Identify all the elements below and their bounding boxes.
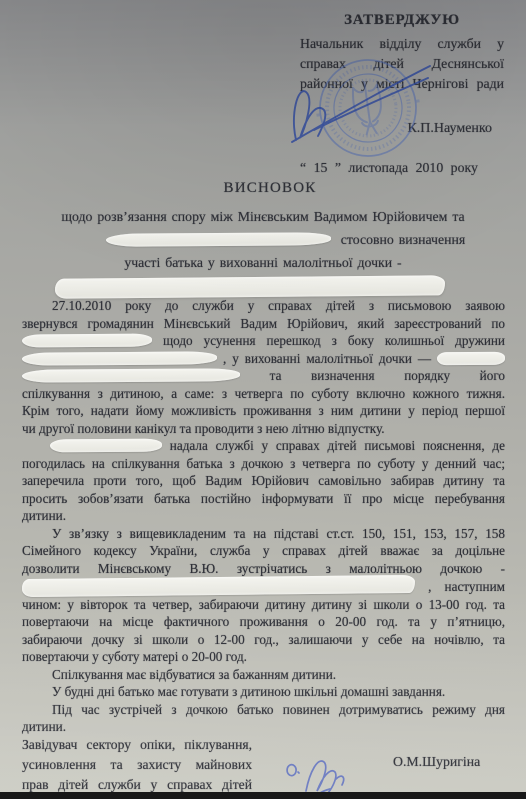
body-line: та визначення порядку його: [22, 367, 505, 385]
body-line: чином: у вівторок та четвер, забираючи д…: [22, 596, 505, 614]
body-line: Сімейного кодексу України, служба у спра…: [22, 542, 505, 560]
body-line: повертаючи на місце фактичного проживанн…: [22, 613, 505, 631]
body-line: погодилась на спілкування батька з дочко…: [22, 455, 505, 473]
paragraph: У зв’язку з вищевикладеним та на підстав…: [22, 525, 505, 666]
body-line: , наступним: [22, 577, 505, 596]
subject-line: щодо розв’язання спору між Мінєвським Ва…: [22, 205, 504, 228]
body-line: забираючи дочку зі школи о 12-00 год., з…: [22, 631, 505, 649]
redaction-mark: [437, 351, 505, 364]
paragraph: У будні дні батько має готувати з дитино…: [22, 683, 505, 701]
body-line: дитини.: [22, 718, 505, 736]
body-line: Під час зустрічей з дочкою батько повине…: [22, 701, 505, 719]
body-line-text: надала службі у справах дітей письмові п…: [170, 438, 505, 453]
body-line: просить зобов’язати батька постійно інфо…: [22, 490, 505, 508]
body-line: звернувся громадянин Мінєвський Вадим Юр…: [22, 315, 505, 333]
redaction-mark: [106, 232, 331, 247]
redaction-mark: [50, 439, 162, 453]
redaction-mark: [22, 334, 152, 348]
body-line: повертаючи у суботу матері о 20-00 год.: [22, 648, 505, 666]
redaction-mark: [22, 575, 415, 597]
footer-signature: [278, 745, 358, 799]
footer-official-name: О.М.Шуригіна: [393, 754, 480, 770]
subject-line: стосовно визначення: [22, 228, 504, 251]
paragraph: надала службі у справах дітей письмові п…: [22, 437, 505, 525]
paragraph: Спілкування має відбуватися за бажанням …: [22, 666, 505, 684]
paragraph: 27.10.2010 року до служби у справах діте…: [22, 297, 505, 437]
redaction-mark: [55, 275, 445, 298]
document-title: ВИСНОВОК: [0, 180, 526, 197]
body-line-text: , у вихованні малолітньої дочки —: [223, 351, 431, 366]
redaction-mark: [22, 368, 240, 383]
body-line: дитини.: [22, 507, 505, 525]
footer-title-line: Завідувач сектору опіки, піклування,: [22, 735, 252, 755]
body-line: , у вихованні малолітньої дочки —: [22, 350, 505, 368]
body-line-text: , наступним: [428, 579, 505, 594]
body-line: щодо усунення перешкод з боку колишньої …: [22, 332, 505, 350]
subject-line-text: стосовно визначення: [341, 232, 465, 247]
redaction-mark: [22, 351, 217, 365]
subject-block: щодо розв’язання спору між Мінєвським Ва…: [22, 205, 504, 297]
scanned-document-page: { "approval": { "label": "ЗАТВЕРДЖУЮ", "…: [0, 0, 526, 799]
body-line: спілкування з дитиною, а саме: з четверг…: [22, 385, 505, 403]
body-line: Крім того, надати йому можливість прожив…: [22, 402, 505, 420]
paragraph: Під час зустрічей з дочкою батько повине…: [22, 701, 505, 736]
body-line: заперечила проти того, щоб Вадим Юрійови…: [22, 472, 505, 490]
scan-edge-bar: [0, 792, 526, 799]
body-line: чи другої половини канікул та проводити …: [22, 420, 505, 438]
body-line: надала службі у справах дітей письмові п…: [22, 437, 505, 455]
approval-label: ЗАТВЕРДЖУЮ: [300, 12, 504, 29]
body-line: дозволити Мінєвському В.Ю. зустрічатись …: [22, 560, 505, 578]
subject-line: участі батька у вихованні малолітньої до…: [22, 251, 504, 274]
body-line: У зв’язку з вищевикладеним та на підстав…: [22, 525, 505, 543]
body-line-text: щодо усунення перешкод з боку колишньої …: [163, 333, 505, 348]
footer-official-title: Завідувач сектору опіки, піклування, уси…: [22, 735, 252, 795]
footer-title-line: усиновлення та захисту майнових: [22, 755, 252, 775]
body-line: 27.10.2010 року до служби у справах діте…: [22, 297, 505, 315]
body-line-text: та визначення порядку його: [270, 368, 505, 383]
document-body: 27.10.2010 року до служби у справах діте…: [22, 297, 505, 736]
approver-signature: [280, 56, 435, 148]
